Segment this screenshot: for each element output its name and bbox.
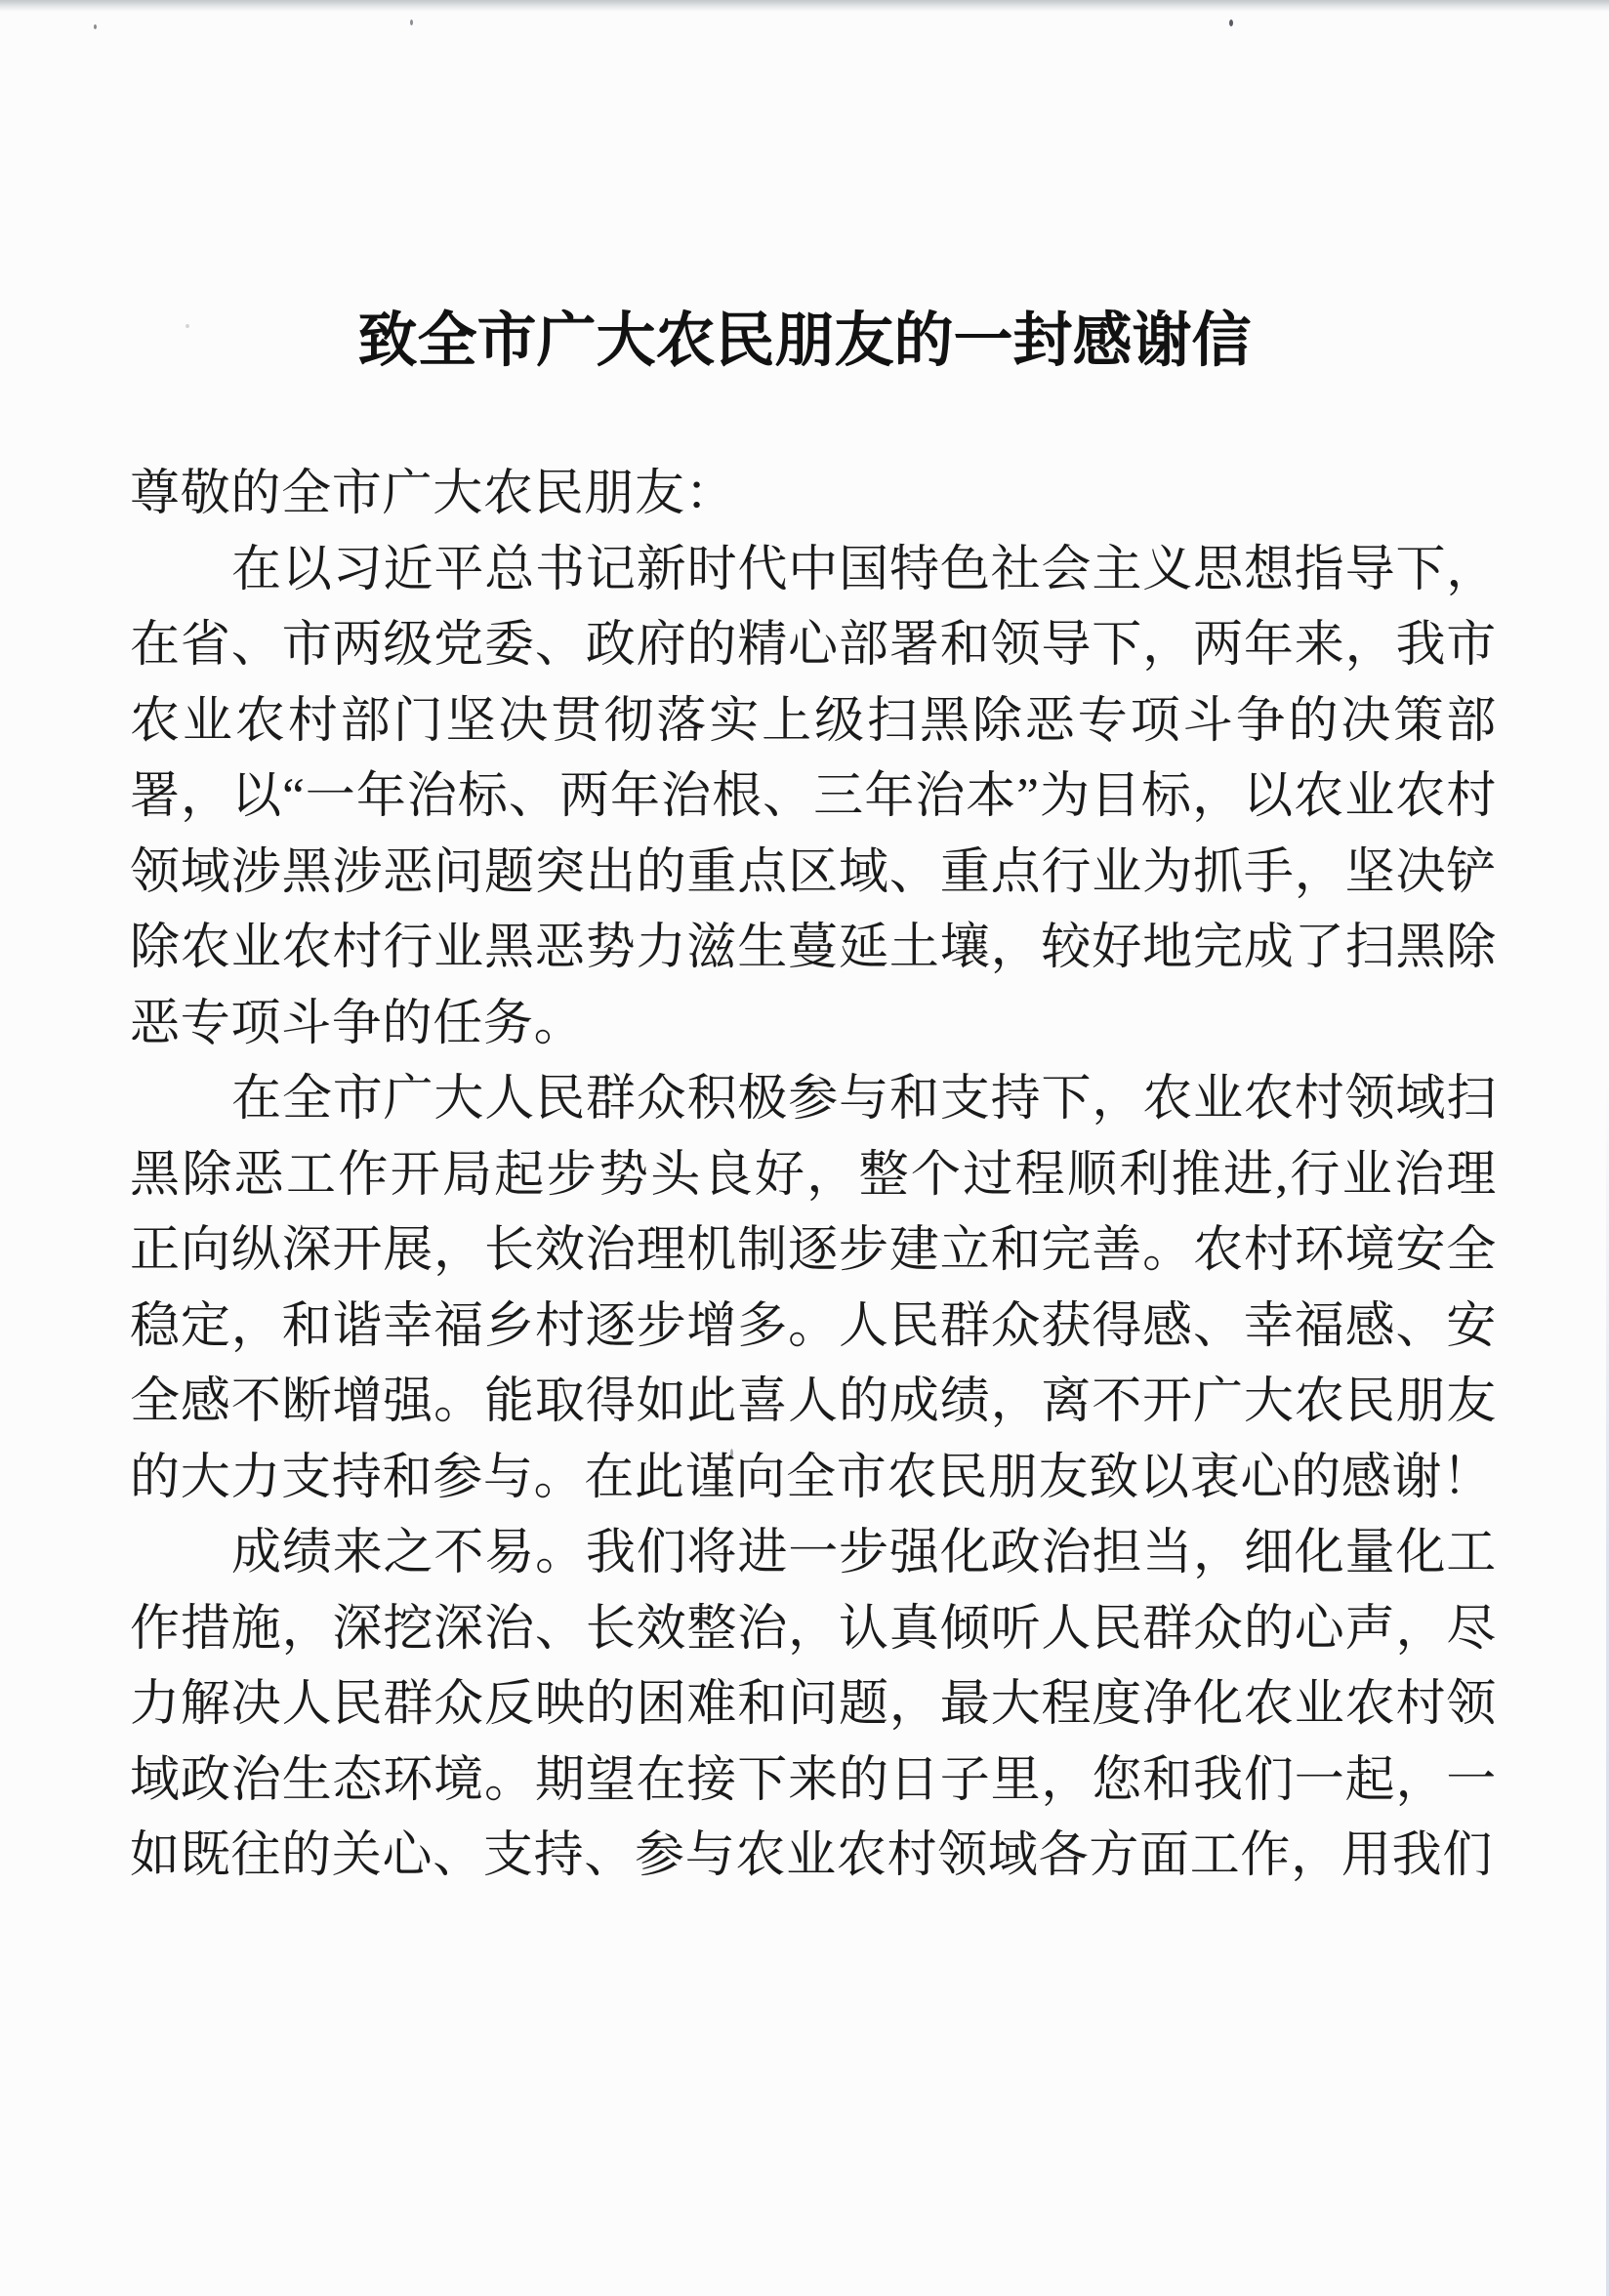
letter-title: 致全市广大农民朋友的一封感谢信 xyxy=(0,293,1609,378)
dust-speck xyxy=(410,20,413,25)
paragraph-2: 在全市广大人民群众积极参与和支持下，农业农村领域扫黑除恶工作开局起步势头良好，整… xyxy=(130,1062,1497,1516)
paragraph-1: 在以习近平总书记新时代中国特色社会主义思想指导下，在省、市两级党委、政府的精心部… xyxy=(130,533,1497,1063)
scan-top-edge-artifact xyxy=(0,0,1609,12)
salutation-line: 尊敬的全市广大农民朋友： xyxy=(130,457,1497,533)
letter-body: 尊敬的全市广大农民朋友： 在以习近平总书记新时代中国特色社会主义思想指导下，在省… xyxy=(130,457,1497,1895)
dust-speck xyxy=(94,24,97,29)
dust-speck xyxy=(1229,20,1233,26)
paragraph-3: 成绩来之不易。我们将进一步强化政治担当，细化量化工作措施，深挖深治、长效整治，认… xyxy=(130,1516,1497,1895)
scanned-letter-page: 致全市广大农民朋友的一封感谢信 尊敬的全市广大农民朋友： 在以习近平总书记新时代… xyxy=(0,0,1609,2296)
